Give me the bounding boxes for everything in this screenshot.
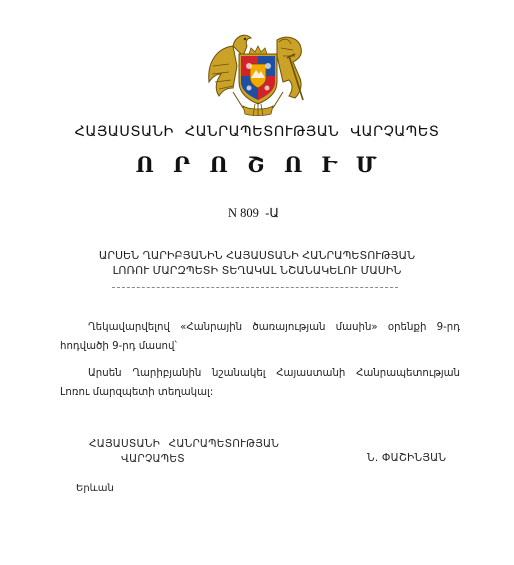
- signatory-position-line-1: ՀԱՅԱՍՏԱՆԻ ՀԱՆՐԱՊԵՏՈՒԹՅԱՆ: [89, 437, 279, 452]
- preamble-text: Ղեկավարվելով «Հանրային ծառայության մասին…: [60, 322, 460, 352]
- subject-line-1: ԱՐՍԵՆ ՂԱՐԻԲՅԱՆԻՆ ՀԱՅԱՍՏԱՆԻ ՀԱՆՐԱՊԵՏՈՒԹՅԱ…: [0, 248, 514, 263]
- issuer-title: ՀԱՅԱՍՏԱՆԻ ՀԱՆՐԱՊԵՏՈՒԹՅԱՆ ՎԱՐՉԱՊԵՏ: [0, 124, 514, 140]
- decree-subject: ԱՐՍԵՆ ՂԱՐԻԲՅԱՆԻՆ ՀԱՅԱՍՏԱՆԻ ՀԱՆՐԱՊԵՏՈՒԹՅԱ…: [0, 248, 514, 278]
- decision-text: Արսեն Ղարիբյանին նշանակել Հայաստանի Հանր…: [60, 368, 460, 398]
- subject-line-2: ԼՈՌՈՒ ՄԱՐԶՊԵՏԻ ՏԵՂԱԿԱԼ ՆՇԱՆԱԿԵԼՈՒ ՄԱՍԻՆ: [0, 263, 514, 278]
- decree-page: ՀԱՅԱՍՏԱՆԻ ՀԱՆՐԱՊԵՏՈՒԹՅԱՆ ՎԱՐՉԱՊԵՏ Ո Ր Ո …: [0, 0, 514, 565]
- document-number: N 809 -Ա: [228, 205, 279, 221]
- signatory-name: Ն. ՓԱՇԻՆՅԱՆ: [367, 452, 446, 464]
- subject-divider: [112, 287, 398, 288]
- coat-of-arms-icon: [203, 26, 311, 118]
- signatory-position-line-2: ՎԱՐՉԱՊԵՏ: [89, 452, 279, 467]
- preamble-paragraph: Ղեկավարվելով «Հանրային ծառայության մասին…: [60, 318, 460, 356]
- place-of-issue: Երևան: [76, 483, 114, 494]
- document-type-heading: Ո Ր Ո Շ Ո Ւ Մ: [0, 152, 514, 177]
- decision-paragraph: Արսեն Ղարիբյանին նշանակել Հայաստանի Հանր…: [60, 364, 460, 402]
- signatory-position: ՀԱՅԱՍՏԱՆԻ ՀԱՆՐԱՊԵՏՈՒԹՅԱՆ ՎԱՐՉԱՊԵՏ: [89, 437, 279, 467]
